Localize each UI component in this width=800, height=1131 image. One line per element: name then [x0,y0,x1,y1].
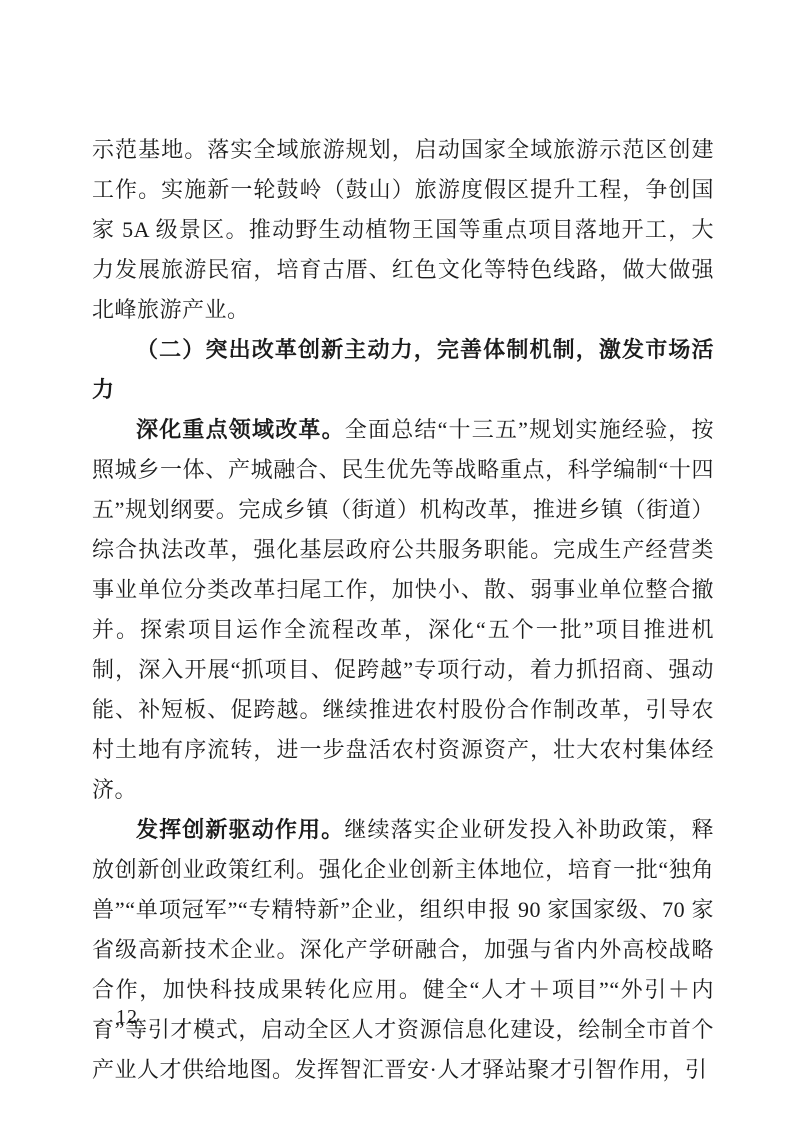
paragraph-lead: （二）突出改革创新主动力，完善体制机制，激发市场活力 [92,337,714,402]
page-number: 12 [116,1004,138,1030]
section-heading: （二）突出改革创新主动力，完善体制机制，激发市场活力 [92,330,714,410]
document-page: 示范基地。落实全域旅游规划，启动国家全域旅游示范区创建工作。实施新一轮鼓岭（鼓山… [0,0,800,1131]
paragraph: 发挥创新驱动作用。继续落实企业研发投入补助政策，释放创新创业政策红利。强化企业创… [92,810,714,1090]
paragraph: 示范基地。落实全域旅游规划，启动国家全域旅游示范区创建工作。实施新一轮鼓岭（鼓山… [92,130,714,330]
document-body: 示范基地。落实全域旅游规划，启动国家全域旅游示范区创建工作。实施新一轮鼓岭（鼓山… [92,130,714,1090]
paragraph-lead: 发挥创新驱动作用。 [136,817,344,842]
paragraph: 深化重点领域改革。全面总结“十三五”规划实施经验，按照城乡一体、产城融合、民生优… [92,410,714,810]
paragraph-lead: 深化重点领域改革。 [136,417,345,442]
